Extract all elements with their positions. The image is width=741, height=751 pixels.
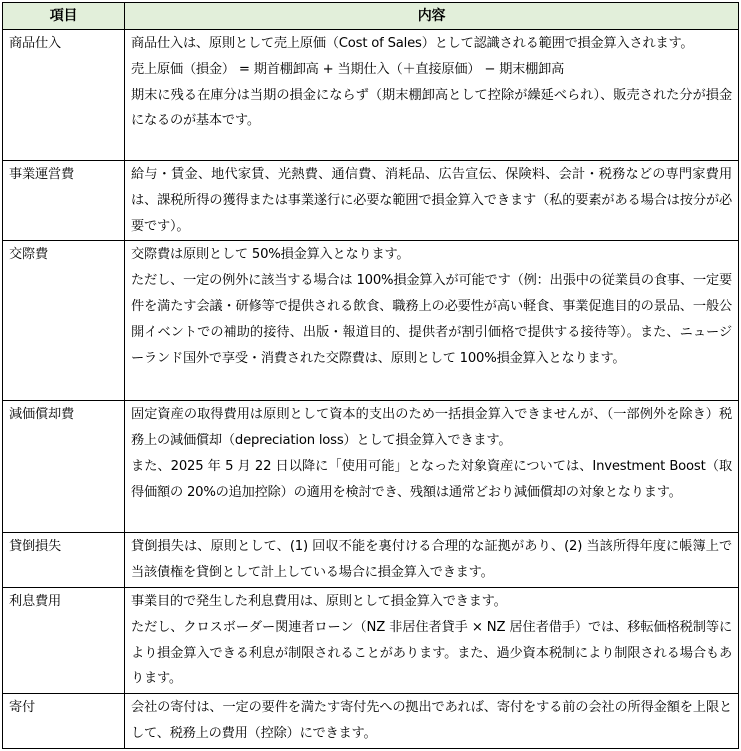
table-row: 寄付 会社の寄付は、一定の要件を満たす寄付先への拠出であれば、寄付をする前の会社… [3,694,739,749]
paragraph: 交際費は原則として 50%損金算入となります。 [131,242,732,268]
paragraph: ただし、クロスボーダー関連者ローン（NZ 非居住者貸手 × NZ 居住者借手）で… [131,615,732,692]
row-item: 利息費用 [3,587,125,693]
header-item: 項目 [3,3,125,30]
table-row: 商品仕入 商品仕入は、原則として売上原価（Cost of Sales）として認識… [3,30,739,161]
row-content: 会社の寄付は、一定の要件を満たす寄付先への拠出であれば、寄付をする前の会社の所得… [125,694,739,749]
paragraph: 会社の寄付は、一定の要件を満たす寄付先への拠出であれば、寄付をする前の会社の所得… [131,695,732,747]
table-header-row: 項目 内容 [3,3,739,30]
row-content: 給与・賃金、地代家賃、光熱費、通信費、消耗品、広告宣伝、保険料、会計・税務などの… [125,161,739,241]
table-row: 事業運営費 給与・賃金、地代家賃、光熱費、通信費、消耗品、広告宣伝、保険料、会計… [3,161,739,241]
table-row: 貸倒損失 貸倒損失は、原則として、(1) 回収不能を裏付ける合理的な証拠があり、… [3,533,739,588]
paragraph: ただし、一定の例外に該当する場合は 100%損金算入が可能です（例：出張中の従業… [131,268,732,371]
row-item: 事業運営費 [3,161,125,241]
paragraph: 事業目的で発生した利息費用は、原則として損金算入できます。 [131,589,732,615]
row-content: 事業目的で発生した利息費用は、原則として損金算入できます。 ただし、クロスボーダ… [125,587,739,693]
row-item: 交際費 [3,241,125,401]
formula: 売上原価（損金） = 期首棚卸高 + 当期仕入（＋直接原価） − 期末棚卸高 [131,57,732,83]
row-content: 固定資産の取得費用は原則として資本的支出のため一括損金算入できませんが、（一部例… [125,401,739,533]
paragraph: 給与・賃金、地代家賃、光熱費、通信費、消耗品、広告宣伝、保険料、会計・税務などの… [131,162,732,239]
row-item: 貸倒損失 [3,533,125,588]
paragraph: また、2025 年 5 月 22 日以降に「使用可能」となった対象資産については… [131,454,732,506]
paragraph: 貸倒損失は、原則として、(1) 回収不能を裏付ける合理的な証拠があり、(2) 当… [131,534,732,586]
row-item: 寄付 [3,694,125,749]
paragraph: 固定資産の取得費用は原則として資本的支出のため一括損金算入できませんが、（一部例… [131,402,732,454]
paragraph: 商品仕入は、原則として売上原価（Cost of Sales）として認識される範囲… [131,31,732,57]
table-row: 減価償却費 固定資産の取得費用は原則として資本的支出のため一括損金算入できません… [3,401,739,533]
header-content: 内容 [125,3,739,30]
deductible-expenses-table: 項目 内容 商品仕入 商品仕入は、原則として売上原価（Cost of Sales… [2,2,739,749]
row-content: 商品仕入は、原則として売上原価（Cost of Sales）として認識される範囲… [125,30,739,161]
row-content: 貸倒損失は、原則として、(1) 回収不能を裏付ける合理的な証拠があり、(2) 当… [125,533,739,588]
table-row: 交際費 交際費は原則として 50%損金算入となります。 ただし、一定の例外に該当… [3,241,739,401]
row-item: 商品仕入 [3,30,125,161]
table-row: 利息費用 事業目的で発生した利息費用は、原則として損金算入できます。 ただし、ク… [3,587,739,693]
row-content: 交際費は原則として 50%損金算入となります。 ただし、一定の例外に該当する場合… [125,241,739,401]
paragraph: 期末に残る在庫分は当期の損金にならず（期末棚卸高として控除が繰延べられ）、販売さ… [131,83,732,135]
row-item: 減価償却費 [3,401,125,533]
